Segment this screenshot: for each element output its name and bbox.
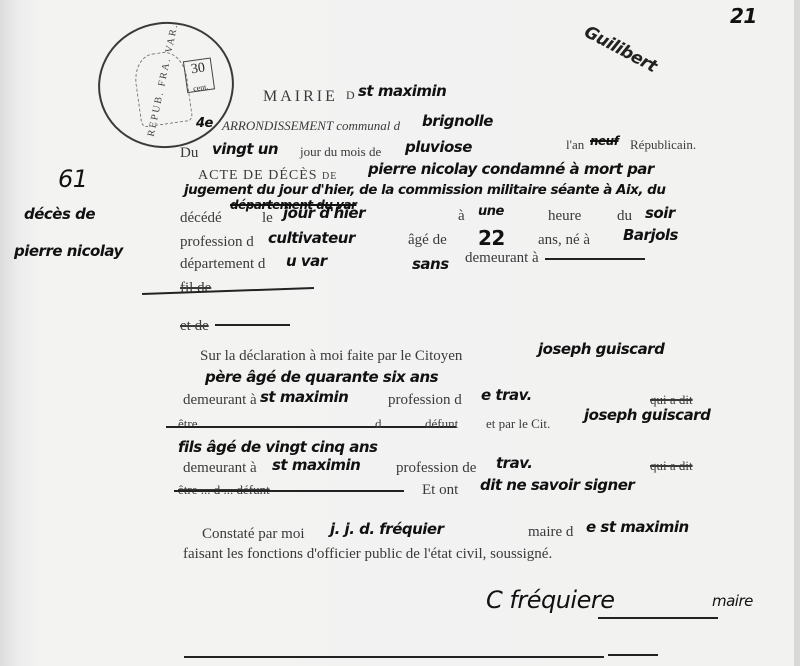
margin-note-line1: décès de xyxy=(24,205,95,223)
maire-label: maire d xyxy=(528,524,573,541)
birthplace-value: Barjols xyxy=(623,226,678,244)
death-hour-value: une xyxy=(478,204,504,219)
profession-label: profession d xyxy=(180,234,254,251)
strike-line xyxy=(545,258,645,260)
profession2-value: trav. xyxy=(496,454,532,472)
a-label: à xyxy=(458,208,465,225)
qui-a-dit2-label: qui a dit xyxy=(650,458,693,474)
fonctions-text: faisant les fonctions d'officier public … xyxy=(183,546,552,563)
declarant1-name: joseph guiscard xyxy=(538,340,664,358)
demeurant2-label: demeurant à xyxy=(183,460,257,477)
jour-label: jour du mois de xyxy=(300,144,381,160)
bottom-rule-end xyxy=(608,654,658,656)
departement-label: département d xyxy=(180,256,265,273)
margin-record-number: 61 xyxy=(58,165,88,193)
arrondissement-value: brignolle xyxy=(422,112,493,130)
republicain-label: Républicain. xyxy=(630,137,696,153)
mairie-prefix: D xyxy=(346,88,355,103)
du-label: Du xyxy=(180,145,198,162)
age-value: 22 xyxy=(478,226,505,250)
year-value: neuf xyxy=(590,134,618,148)
et-de-label: et de xyxy=(180,318,209,335)
demeurant1-value: st maximin xyxy=(260,388,348,406)
officer-name: j. j. d. fréquier xyxy=(330,520,444,538)
strike-line xyxy=(215,324,290,326)
stamp-value: 30 xyxy=(190,60,206,77)
fils-de-label: fil de xyxy=(180,280,211,297)
acte-continuation-1: jugement du jour d'hier, de la commissio… xyxy=(184,182,665,198)
demeurant1-label: demeurant à xyxy=(183,392,257,409)
deceased-name: pierre nicolay condamné à mort par xyxy=(368,160,654,178)
margin-note-line2: pierre nicolay xyxy=(14,242,123,260)
d-label: d xyxy=(375,416,382,432)
le-label: le xyxy=(262,210,273,227)
death-period-value: soir xyxy=(645,204,675,222)
mairie-value: st maximin xyxy=(358,82,446,100)
stamp-unit: cent. xyxy=(192,82,208,93)
du-soir-label: du xyxy=(617,208,632,225)
age-label: âgé de xyxy=(408,232,447,249)
declarant1-details: père âgé de quarante six ans xyxy=(205,368,438,386)
day-value: vingt un xyxy=(212,140,278,158)
et-par-label: et par le Cit. xyxy=(486,416,550,432)
strike-line xyxy=(174,490,404,492)
bottom-rule xyxy=(184,656,604,658)
death-day-value: jour d'hier xyxy=(283,204,365,222)
et-ont-value: dit ne savoir signer xyxy=(480,476,634,494)
page-number: 21 xyxy=(730,4,757,28)
arrondissement-number: 4e xyxy=(196,116,213,131)
departement-value: u var xyxy=(286,252,327,270)
stamp-value-box: 30cent. xyxy=(183,58,215,94)
profession1-label: profession d xyxy=(388,392,462,409)
signature-flourish xyxy=(598,617,718,619)
mayor-signature: C fréquiere xyxy=(486,586,614,614)
page-edge xyxy=(794,0,800,666)
etre-label: être xyxy=(178,416,197,432)
profession2-label: profession de xyxy=(396,460,476,477)
constate-label: Constaté par moi xyxy=(202,526,304,543)
decede-label: décédé xyxy=(180,210,222,227)
arrondissement-label: ARRONDISSEMENT communal d xyxy=(222,118,400,134)
declarant2-name: joseph guiscard xyxy=(584,406,710,424)
an-label: l'an xyxy=(566,137,584,153)
strike-line xyxy=(166,426,456,428)
month-value: pluviose xyxy=(405,138,472,156)
defunt-label: défunt xyxy=(425,416,458,432)
profession1-value: e trav. xyxy=(481,386,532,404)
declarant2-details: fils âgé de vingt cinq ans xyxy=(178,438,377,456)
mayor-title: maire xyxy=(712,592,753,610)
departement-extra: sans xyxy=(412,255,449,273)
mairie-label: MAIRIE xyxy=(263,88,338,106)
maire-commune-value: e st maximin xyxy=(586,518,689,536)
demeurant2-value: st maximin xyxy=(272,456,360,474)
demeurant-label: demeurant à xyxy=(465,250,539,267)
declaration-label: Sur la déclaration à moi faite par le Ci… xyxy=(200,348,462,365)
ans-ne-label: ans, né à xyxy=(538,232,590,249)
et-ont-label: Et ont xyxy=(422,482,458,499)
profession-value: cultivateur xyxy=(268,229,355,247)
heure-label: heure xyxy=(548,208,581,225)
